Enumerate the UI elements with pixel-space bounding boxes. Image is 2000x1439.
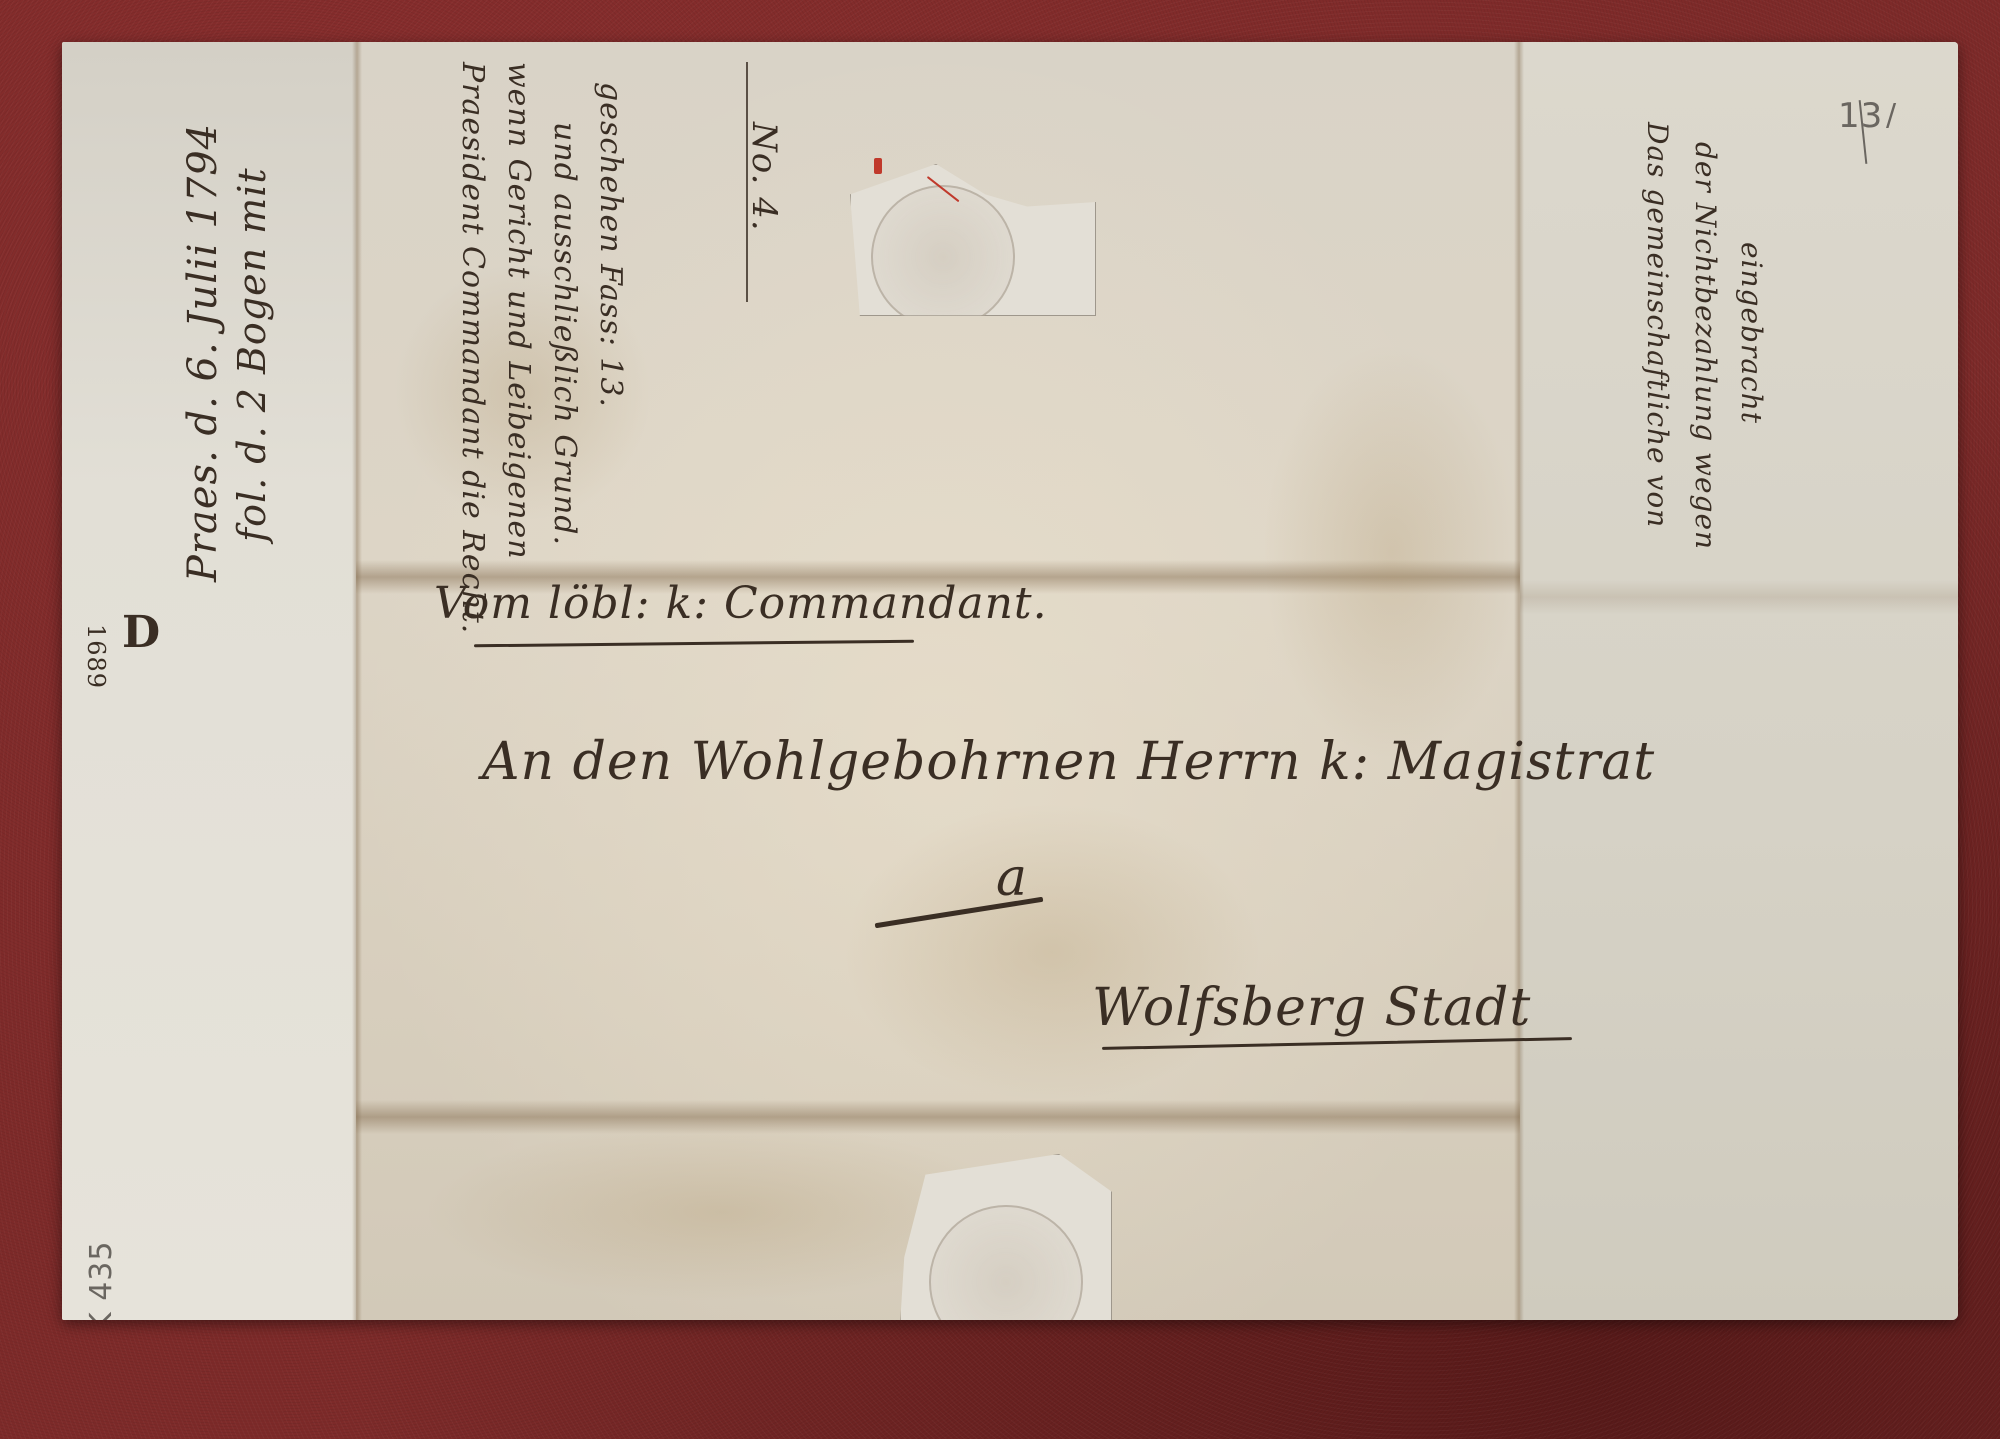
red-wax-trace bbox=[874, 158, 882, 174]
stain bbox=[1262, 342, 1522, 762]
folio-mark: / bbox=[1886, 98, 1897, 133]
seal-emblem bbox=[871, 185, 1015, 329]
right-line-1: Das gemeinschaftliche von bbox=[1641, 122, 1674, 528]
sender-line: Vom löbl: k: Commandant. bbox=[434, 578, 1048, 629]
docket-line-1: Praes. d. 6. Julii 1794 bbox=[180, 123, 226, 582]
flap-line-2: wenn Gericht und Leibeigenen bbox=[501, 62, 536, 560]
flap-line-1: Praesident Commandant die Recht. bbox=[455, 62, 490, 634]
flap-number: No. 4. bbox=[744, 122, 784, 232]
right-panel bbox=[1520, 42, 1958, 1320]
flap-line-4: geschehen Fass: 13. bbox=[593, 82, 628, 408]
initial-mark: D bbox=[122, 607, 161, 658]
stain bbox=[842, 802, 1262, 1102]
archive-number: 1689 bbox=[82, 624, 110, 689]
shelfmark: K 435 bbox=[84, 1241, 119, 1320]
flap-line-3: und ausschließlich Grund. bbox=[547, 122, 582, 546]
bottom-seal bbox=[900, 1154, 1112, 1320]
letter-sheet: Praes. d. 6. Julii 1794 fol. d. 2 Bogen … bbox=[62, 42, 1958, 1320]
right-line-2: der Nichtbezahlung wegen bbox=[1689, 142, 1722, 550]
horizontal-fold-bottom bbox=[356, 1100, 1520, 1134]
horizontal-fold-right bbox=[1520, 580, 1958, 614]
recipient-line: An den Wohlgebohrnen Herrn k: Magistrat bbox=[482, 732, 1655, 792]
right-line-3: eingebracht bbox=[1735, 242, 1768, 424]
destination: Wolfsberg Stadt bbox=[1092, 978, 1531, 1038]
seal-emblem bbox=[929, 1205, 1083, 1320]
docket-line-2: fol. d. 2 Bogen mit bbox=[230, 167, 274, 542]
